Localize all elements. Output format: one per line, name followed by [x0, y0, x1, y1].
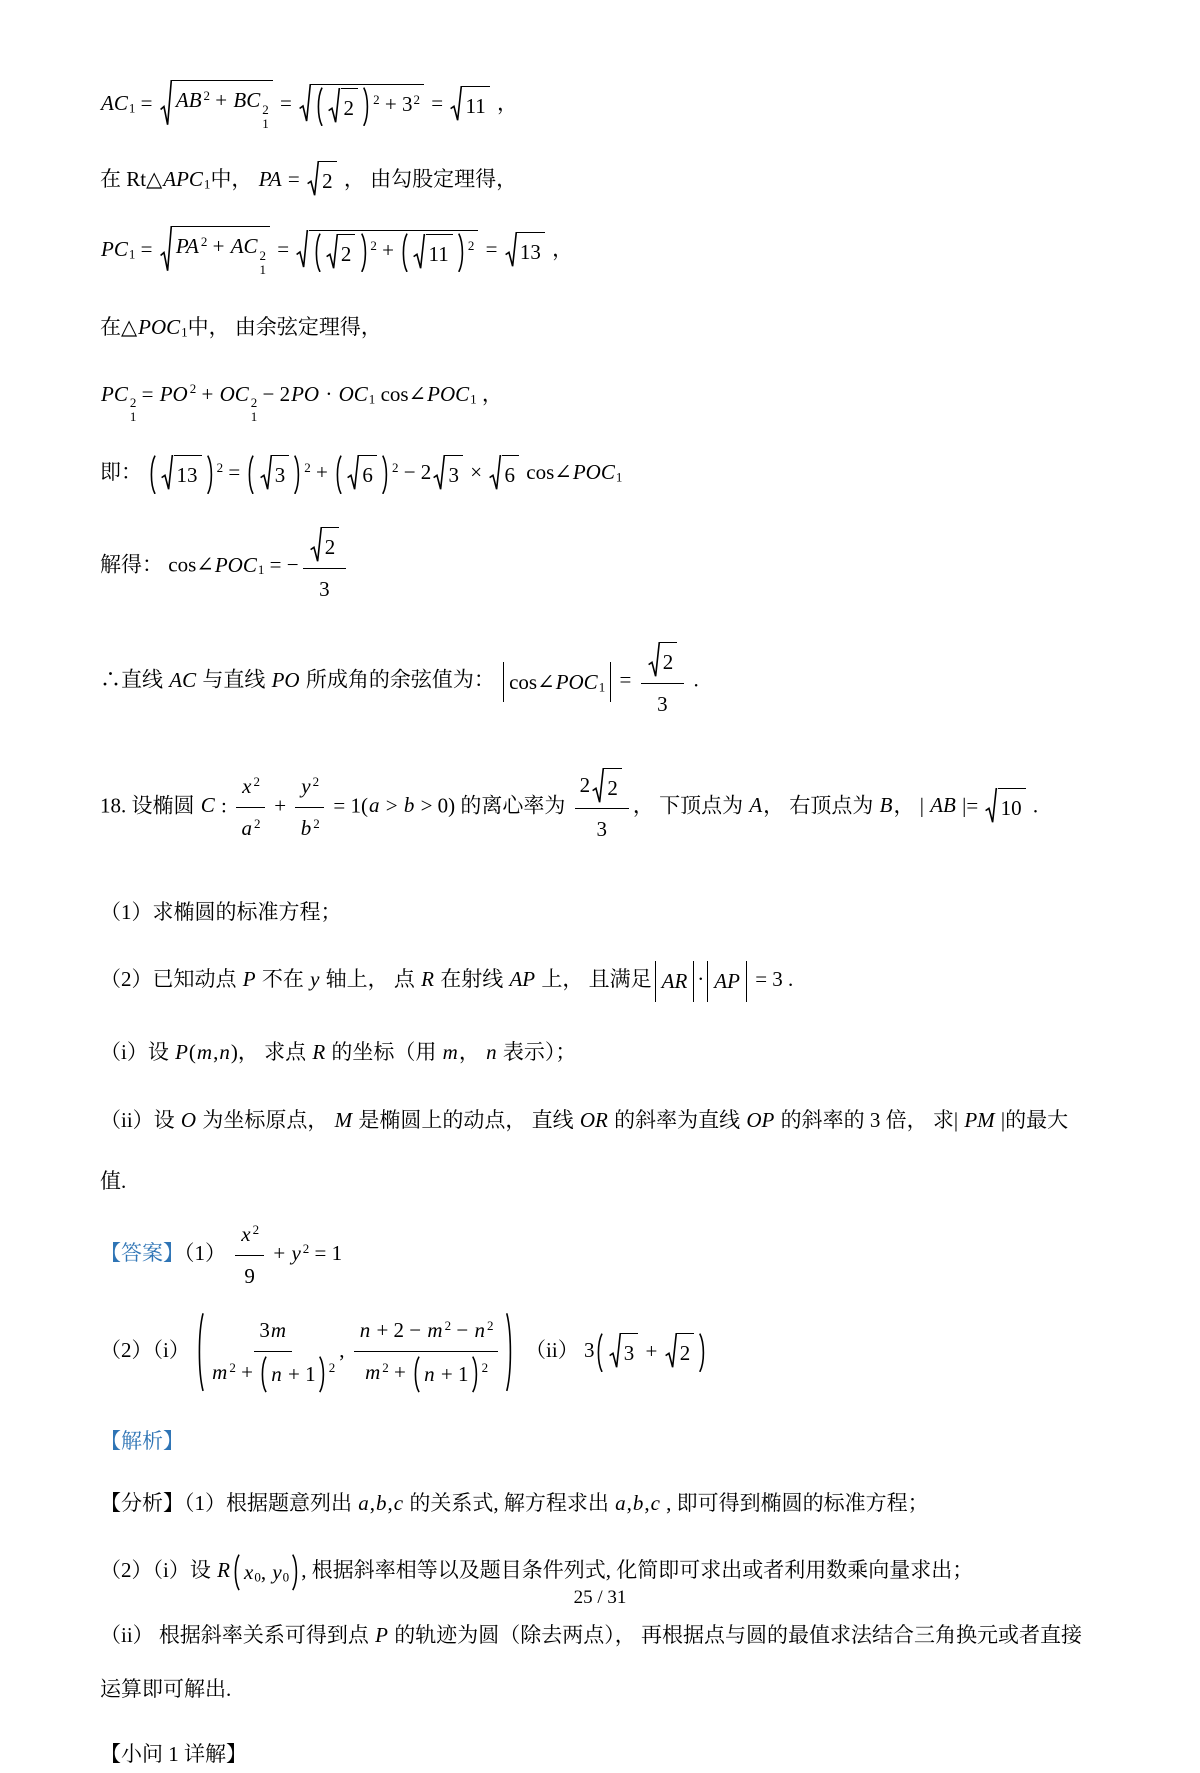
math-variable: PO: [159, 382, 189, 406]
math-text: 6: [362, 463, 373, 487]
math-variable: a: [614, 1491, 627, 1515]
math-text: 2: [663, 650, 674, 674]
math-variable: PO: [271, 668, 301, 692]
math-variable: m: [442, 1040, 459, 1064]
math-variable: x: [240, 1222, 251, 1246]
math-variable: OR: [579, 1108, 609, 1132]
math-superscript: 2: [482, 1360, 489, 1375]
math-variable: AP: [713, 969, 741, 993]
math-text: ∴直线: [100, 668, 168, 692]
fraction-denominator: 9: [244, 1256, 255, 1295]
math-variable: AP: [508, 967, 536, 991]
sqrt-radicand: 6: [359, 455, 377, 494]
math-text: 即：: [100, 460, 147, 484]
math-fraction: 23: [641, 641, 685, 722]
problem-18-part1: （1）求椭圆的标准方程；: [100, 894, 1104, 931]
section-label: 【答案】: [100, 1241, 184, 1265]
math-text: ,: [644, 1491, 649, 1515]
math-sqrt: 13: [505, 232, 545, 271]
math-text: =: [272, 237, 294, 261]
math-text: +: [268, 1241, 290, 1265]
math-text: = 3 .: [750, 967, 793, 991]
fraction-numerator: 22: [575, 767, 629, 810]
math-text: ×: [465, 460, 487, 484]
math-text: 的斜率为直线: [609, 1108, 746, 1132]
radical-icon: [433, 455, 445, 494]
radical-icon: [592, 768, 604, 807]
sqrt-radicand: 2: [319, 161, 337, 200]
math-text: 10: [1001, 796, 1022, 820]
math-text: + 3: [380, 92, 413, 116]
math-variable: C: [200, 793, 216, 817]
sqrt-radicand: AB2 + BC21: [172, 80, 273, 131]
math-text: 不在: [257, 967, 310, 991]
math-text: 的轨迹为圆（除去两点）， 再根据点与圆的最值求法结合三角换元或者直接: [389, 1623, 1082, 1647]
math-text: |=: [957, 793, 984, 817]
problem-18-part2-ii-cont: 值.: [100, 1163, 1104, 1200]
sqrt-radicand: 6: [502, 455, 520, 494]
radical-icon: [160, 226, 172, 277]
sqrt-radicand: 10: [998, 788, 1026, 827]
fence-content: 2: [323, 233, 359, 273]
math-variable: a: [368, 793, 381, 817]
parenthesis-icon: [206, 455, 215, 495]
math-sqrt: 3: [433, 455, 463, 494]
math-text: 是椭圆上的动点， 直线: [353, 1108, 579, 1132]
math-text: 表示）；: [498, 1040, 577, 1064]
math-variable: b: [300, 816, 313, 840]
math-text: =: [283, 167, 305, 191]
math-fraction: 223: [575, 767, 629, 848]
math-text: （2）已知动点: [100, 967, 242, 991]
math-text: 3: [448, 463, 459, 487]
math-text: 【小问 1 详解】: [100, 1742, 247, 1766]
fraction-denominator: m2 + n + 12: [364, 1352, 488, 1393]
math-text: 3: [275, 463, 286, 487]
math-text: = −: [264, 553, 298, 577]
math-text: +: [196, 382, 218, 406]
sqrt-radicand: 2: [677, 1333, 695, 1372]
fraction-denominator: m2 + n + 12: [211, 1352, 335, 1393]
sqrt-radicand: 11: [462, 86, 489, 125]
sqrt-radicand: 3: [272, 455, 290, 494]
radical-icon: [326, 234, 338, 273]
math-text: （1）求椭圆的标准方程；: [100, 900, 342, 924]
math-text: .: [688, 668, 699, 692]
math-text: ， 下顶点为: [633, 793, 749, 817]
radical-icon: [260, 455, 272, 494]
math-text: =: [223, 460, 245, 484]
math-subscript: 1: [260, 263, 267, 277]
math-text: （2）（i）: [100, 1338, 195, 1362]
math-variable: APC: [162, 167, 204, 191]
sqrt-radicand: PA2 + AC21: [172, 226, 270, 277]
math-parentheses: n + 1: [412, 1356, 480, 1393]
formula-law-of-cosines: PC21 = PO2 + OC21 − 2PO · OC1 cos∠POC1 ，: [100, 376, 1104, 425]
math-subscript: 1: [616, 470, 623, 485]
math-text: （2）（i）设: [100, 1558, 216, 1582]
sqrt-radicand: 2: [338, 234, 356, 273]
fraction-numerator: 3m: [254, 1312, 292, 1352]
math-variable: y: [309, 967, 320, 991]
math-superscript: 2: [313, 816, 320, 831]
math-text: =: [136, 382, 158, 406]
math-parentheses: 11: [400, 233, 466, 273]
math-variable: a: [241, 816, 254, 840]
math-superscript: 2: [253, 774, 260, 789]
detail-heading-question1: 【小问 1 详解】: [100, 1736, 1104, 1773]
parenthesis-icon: [313, 233, 322, 273]
radical-icon: [609, 1333, 621, 1372]
problem-18-part2: （2）已知动点 P 不在 y 轴上， 点 R 在射线 AP 上， 且满足AR·A…: [100, 961, 1104, 1002]
document-page: AC1 = AB2 + BC21 = 22 + 32 = 11 ， 在 Rt△A…: [0, 0, 1200, 1773]
math-variable: c: [393, 1491, 404, 1515]
radical-icon: [160, 80, 172, 131]
math-parentheses: x0, y0: [232, 1554, 300, 1591]
math-variable: a: [357, 1491, 370, 1515]
fraction-denominator: b2: [300, 808, 320, 847]
math-text: （ii） 3: [515, 1338, 595, 1362]
formula-ac1: AC1 = AB2 + BC21 = 22 + 32 = 11 ，: [100, 80, 1104, 131]
math-text: :: [216, 793, 232, 817]
math-variable: POC: [555, 670, 599, 694]
math-variable: O: [180, 1108, 197, 1132]
fraction-numerator: 2: [303, 526, 347, 569]
fence-content: x0, y0: [242, 1554, 290, 1591]
math-variable: b: [403, 793, 416, 817]
math-fraction: 23: [303, 526, 347, 607]
math-text: +: [377, 238, 399, 262]
math-variable: c: [650, 1491, 661, 1515]
math-text: cos∠: [509, 670, 555, 694]
math-variable: AC: [168, 668, 197, 692]
math-sqrt: 2: [326, 234, 356, 273]
math-absolute-value: cos∠POC1: [503, 662, 611, 703]
math-text: |的最大: [996, 1108, 1068, 1132]
sqrt-radicand: 11: [426, 234, 453, 273]
math-sqrt: 3: [609, 1333, 639, 1372]
document-body: { "page": { "footer": "25 / 31" }, "colo…: [0, 0, 1200, 1697]
math-variable: m: [364, 1360, 381, 1384]
answer-part2: （2）（i） 3mm2 + n + 12, n + 2 − m2 − n2m2 …: [100, 1312, 1104, 1392]
math-sqrt: 2: [648, 642, 678, 681]
math-text: 2: [341, 242, 352, 266]
math-text: 2: [607, 776, 618, 800]
problem-18-part2-ii: （ii）设 O 为坐标原点， M 是椭圆上的动点， 直线 OR 的斜率为直线 O…: [100, 1102, 1104, 1139]
math-text: +: [236, 1360, 258, 1384]
math-text: 3: [319, 577, 330, 601]
math-variable: B: [879, 793, 894, 817]
math-text: ，: [459, 1040, 485, 1064]
radical-icon: [450, 86, 462, 125]
math-variable: x: [243, 1560, 254, 1584]
math-text: 所成角的余弦值为：: [301, 668, 501, 692]
math-text: +: [269, 793, 291, 817]
parenthesis-icon: [318, 1356, 327, 1393]
math-superscript: 2: [487, 1318, 494, 1333]
math-variable: OC: [338, 382, 369, 406]
problem-18-part2-i: （i）设 P(m,n)， 求点 R 的坐标（用 m， n 表示）；: [100, 1034, 1104, 1071]
math-text: 11: [465, 94, 485, 118]
math-text: （i）设: [100, 1040, 174, 1064]
math-variable: PA: [258, 167, 283, 191]
math-variable: y: [290, 1241, 301, 1265]
parenthesis-icon: [698, 1333, 707, 1373]
sqrt-radicand: 2: [660, 642, 678, 681]
math-variable: P: [374, 1623, 389, 1647]
fraction-numerator: x2: [236, 768, 265, 808]
math-text: +: [640, 1339, 662, 1363]
fraction-numerator: 2: [641, 641, 685, 684]
formula-pc1: PC1 = PA2 + AC21 = 22 + 112 = 13 ，: [100, 226, 1104, 277]
math-sqrt: 2: [328, 88, 358, 127]
math-text: 2: [322, 169, 333, 193]
radical-icon: [505, 232, 517, 271]
math-text: ， |: [894, 793, 930, 817]
math-text: ,: [339, 1338, 350, 1362]
math-parentheses: 2: [315, 87, 371, 127]
math-sqrt: 2: [592, 768, 622, 807]
math-text: +: [311, 460, 333, 484]
math-variable: AC: [230, 234, 259, 258]
math-sqrt: 3: [260, 455, 290, 494]
math-text: 6: [505, 463, 516, 487]
math-text: 3: [624, 1341, 635, 1365]
math-variable: POC: [572, 460, 616, 484]
math-text: 在 Rt△: [100, 167, 162, 191]
math-variable: b: [632, 1491, 645, 1515]
formula-substitution: 即： 132 = 32 + 62 − 23 × 6 cos∠POC1: [100, 454, 1104, 494]
radical-icon: [648, 642, 660, 681]
math-subscript: 1: [130, 410, 137, 424]
math-sqrt: PA2 + AC21: [160, 226, 270, 277]
math-variable: PC: [100, 382, 129, 406]
math-variable: P: [174, 1040, 189, 1064]
math-text: 11: [429, 242, 449, 266]
radical-icon: [413, 234, 425, 273]
math-variable: n: [485, 1040, 498, 1064]
math-parentheses: n + 1: [259, 1356, 327, 1393]
math-text: + 1: [436, 1362, 469, 1386]
math-text: cos∠: [521, 460, 572, 484]
math-superscript: 2: [260, 249, 267, 263]
math-variable: n: [473, 1318, 486, 1342]
math-text: 的关系式, 解方程求出: [404, 1491, 614, 1515]
fence-content: 2: [325, 87, 361, 127]
math-subscript: 0: [283, 1569, 290, 1584]
problem-18-statement: 18. 设椭圆 C : x2a2 + y2b2 = 1(a > b > 0) 的…: [100, 767, 1104, 848]
math-superscript: 2: [468, 238, 475, 253]
math-variable: M: [334, 1108, 354, 1132]
math-text: − 2: [398, 460, 431, 484]
math-variable: R: [311, 1040, 326, 1064]
fence-content: 3: [257, 455, 293, 495]
math-text: =: [614, 668, 636, 692]
parenthesis-icon: [471, 1356, 480, 1393]
parenthesis-icon: [334, 455, 343, 495]
math-variable: m: [270, 1318, 287, 1342]
sqrt-radicand: 3: [621, 1333, 639, 1372]
math-subsup: 21: [261, 103, 269, 131]
section-label: 【解析】: [100, 1429, 184, 1453]
math-variable: n: [270, 1362, 283, 1386]
math-variable: R: [216, 1558, 231, 1582]
radical-icon: [161, 455, 173, 494]
sqrt-radicand: 13: [517, 232, 545, 271]
math-variable: PM: [963, 1108, 995, 1132]
parenthesis-icon: [505, 1312, 514, 1392]
math-text: =: [135, 91, 157, 115]
math-text: 【分析】（1）根据题意列出: [100, 1491, 357, 1515]
math-variable: OC: [219, 382, 250, 406]
math-text: )， 求点: [231, 1040, 312, 1064]
math-variable: A: [748, 793, 763, 817]
math-text: 2: [344, 96, 355, 120]
fence-content: 6: [344, 455, 380, 495]
math-text: , 根据斜率相等以及题目条件列式, 化简即可求出或者利用数乘向量求出；: [301, 1558, 973, 1582]
math-text: =: [135, 237, 157, 261]
parenthesis-icon: [259, 1356, 268, 1393]
math-text: > 0) 的离心率为: [415, 793, 570, 817]
math-superscript: 2: [413, 92, 420, 107]
math-sqrt: 11: [450, 86, 489, 125]
sqrt-radicand: 13: [174, 455, 202, 494]
parenthesis-icon: [232, 1554, 241, 1591]
math-text: ·: [320, 382, 338, 406]
math-sqrt: 11: [413, 234, 452, 273]
math-variable: P: [242, 967, 257, 991]
math-text: =: [275, 91, 297, 115]
math-subsup: 21: [259, 249, 267, 277]
fraction-numerator: n + 2 − m2 − n2: [354, 1312, 499, 1352]
math-fraction: x2a2: [236, 768, 265, 847]
math-variable: y: [300, 774, 311, 798]
sqrt-radicand: 22 + 112: [309, 230, 479, 272]
math-variable: n: [423, 1362, 436, 1386]
math-text: , 即可得到椭圆的标准方程；: [661, 1491, 929, 1515]
parenthesis-icon: [360, 233, 369, 273]
math-text: 18. 设椭圆: [100, 793, 200, 817]
fraction-denominator: a2: [241, 808, 261, 847]
conclusion-angle-cosine: ∴直线 AC 与直线 PO 所成角的余弦值为： cos∠POC1 = 23 .: [100, 641, 1104, 722]
parenthesis-icon: [457, 233, 466, 273]
math-text: （1）: [184, 1241, 231, 1265]
math-absolute-value: AP: [707, 961, 747, 1002]
math-variable: PO: [290, 382, 320, 406]
math-superscript: 2: [254, 816, 261, 831]
math-text: （ii）设: [100, 1108, 180, 1132]
sqrt-radicand: 3: [445, 455, 463, 494]
sqrt-radicand: 2: [604, 768, 622, 807]
math-text: 2: [580, 773, 591, 797]
sqrt-radicand: 2: [341, 88, 359, 127]
math-fraction: 3mm2 + n + 12: [211, 1312, 335, 1392]
math-sqrt: AB2 + BC21: [160, 80, 273, 131]
math-text: 与直线: [197, 668, 271, 692]
page-number: 25 / 31: [0, 1587, 1200, 1609]
math-sqrt: 22 + 112: [296, 230, 478, 272]
math-sqrt: 6: [489, 455, 519, 494]
math-parentheses: 3: [246, 455, 302, 495]
math-text: 运算即可解出.: [100, 1677, 231, 1701]
math-text: 3: [657, 692, 668, 716]
math-superscript: 2: [262, 103, 269, 117]
math-text: 3: [597, 817, 608, 841]
parenthesis-icon: [196, 1312, 205, 1392]
math-subscript: 1: [251, 410, 258, 424]
math-text: ，: [547, 237, 573, 261]
math-text: 在△: [100, 315, 137, 339]
parenthesis-icon: [293, 455, 302, 495]
math-text: +: [210, 88, 232, 112]
math-text: + 2 −: [371, 1318, 426, 1342]
math-variable: n: [218, 1040, 231, 1064]
fraction-denominator: 3: [657, 684, 668, 723]
math-text: 为坐标原点，: [197, 1108, 334, 1132]
formula-cos-result: 解得： cos∠POC1 = −23: [100, 526, 1104, 607]
math-text: 解得： cos∠: [100, 553, 214, 577]
fraction-numerator: y2: [295, 768, 324, 808]
math-superscript: 2: [329, 1360, 336, 1375]
fence-content: 13: [158, 455, 204, 495]
math-text: − 2: [257, 382, 290, 406]
math-text: 的坐标（用: [326, 1040, 442, 1064]
fence-content: 11: [410, 233, 455, 273]
math-text: ， 右顶点为: [763, 793, 879, 817]
radical-icon: [296, 230, 308, 272]
sqrt-radicand: 22 + 32: [311, 84, 424, 126]
math-variable: AB: [175, 88, 203, 112]
math-variable: R: [420, 967, 435, 991]
radical-icon: [328, 88, 340, 127]
parenthesis-icon: [595, 1333, 604, 1373]
math-text: ·: [697, 967, 704, 991]
radical-icon: [307, 161, 319, 200]
math-variable: y: [271, 1560, 282, 1584]
fence-content: 3 + 2: [606, 1333, 698, 1373]
math-variable: POC: [137, 315, 181, 339]
parenthesis-icon: [291, 1554, 300, 1591]
math-text: (: [189, 1040, 196, 1064]
math-variable: m: [211, 1360, 228, 1384]
parenthesis-icon: [381, 455, 390, 495]
math-text: = 1(: [328, 793, 368, 817]
radical-icon: [665, 1333, 677, 1372]
analysis-part2-ii-cont: 运算即可解出.: [100, 1671, 1104, 1708]
math-text: 13: [520, 240, 541, 264]
math-fraction: x29: [235, 1216, 264, 1295]
parenthesis-icon: [362, 87, 371, 127]
math-variable: AB: [929, 793, 957, 817]
math-parentheses: 2: [313, 233, 369, 273]
math-text: ，: [492, 91, 518, 115]
math-text: 中， 由余弦定理得，: [188, 315, 382, 339]
fence-content: n + 1: [422, 1356, 469, 1393]
math-text: 9: [244, 1264, 255, 1288]
parenthesis-icon: [246, 455, 255, 495]
math-text: ,: [261, 1560, 272, 1584]
math-text: （ii） 根据斜率关系可得到点: [100, 1623, 374, 1647]
math-variable: m: [196, 1040, 213, 1064]
math-text: =: [480, 237, 502, 261]
analysis-part1: 【分析】（1）根据题意列出 a,b,c 的关系式, 解方程求出 a,b,c , …: [100, 1485, 1104, 1522]
math-fraction: n + 2 − m2 − n2m2 + n + 12: [354, 1312, 499, 1392]
math-variable: BC: [232, 88, 261, 112]
math-text: 13: [177, 463, 198, 487]
math-text: 值.: [100, 1169, 126, 1193]
math-sqrt: 2: [665, 1333, 695, 1372]
math-text: ， 由勾股定理得，: [339, 167, 518, 191]
